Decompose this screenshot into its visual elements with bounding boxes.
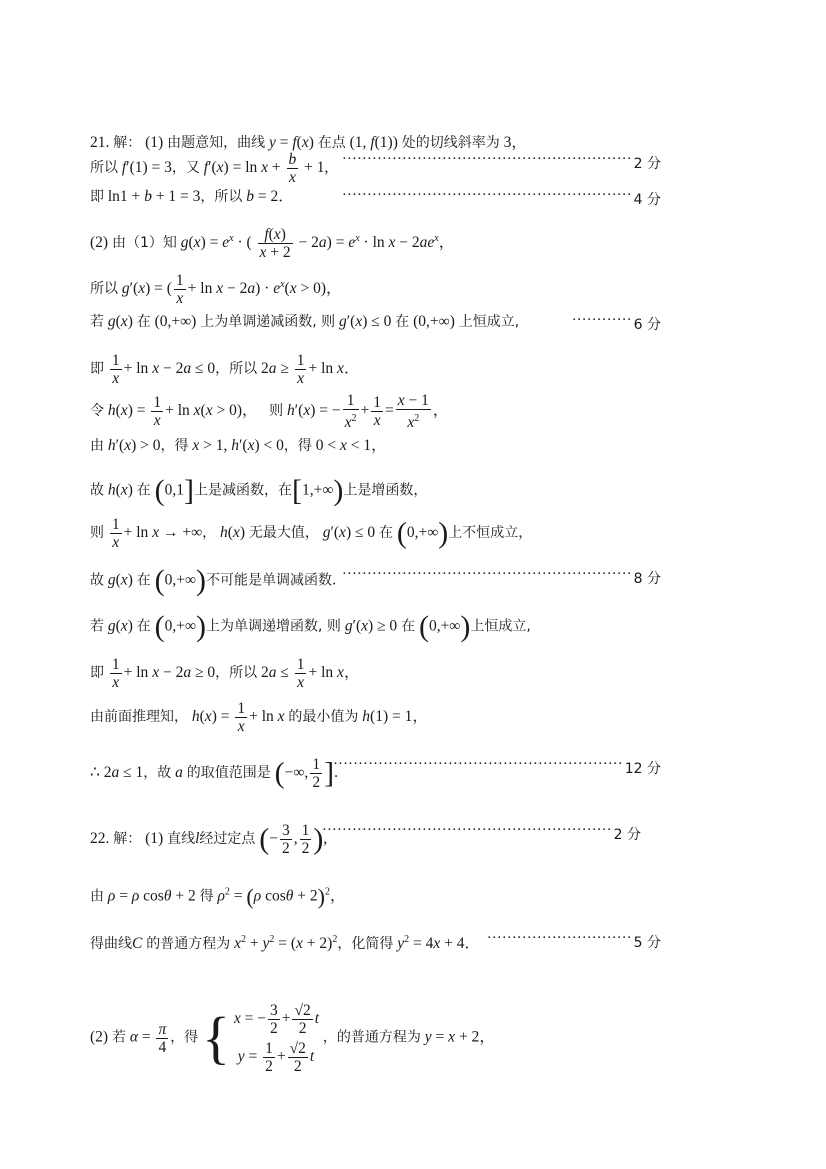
math: f xyxy=(204,159,208,176)
score-leader-4: ········································… xyxy=(342,187,661,209)
text: 在 xyxy=(137,619,151,635)
text: 无最大值， xyxy=(249,525,319,541)
problem-number: 22. xyxy=(90,830,109,847)
text: 得 xyxy=(200,889,214,905)
math: f xyxy=(292,134,296,151)
score-leader-12: ········································… xyxy=(333,756,661,778)
score-leader-22-5: ·····························5 分 xyxy=(487,930,661,952)
text: ， xyxy=(330,888,346,905)
score-leader-6: ············6 分 xyxy=(572,312,661,334)
text: 3， xyxy=(504,134,527,151)
fraction: 1x xyxy=(151,394,163,429)
p21-line-3: 即 ln1 + b + 1 = 3，所以 b = 2． xyxy=(90,187,294,207)
p21-line-1: 21. 解： (1) 由题意知，曲线 y = f(x) 在点 (1, f(1))… xyxy=(90,133,527,153)
text: 上恒成立, xyxy=(459,314,519,330)
text: 由题意知，曲线 xyxy=(167,135,265,151)
dot-leader: ········································… xyxy=(322,822,612,839)
text: 上为单调递减函数, 则 xyxy=(200,314,335,330)
p21-line-12: 故 g(x) 在 (0,+∞)不可能是单调减函数． xyxy=(90,566,346,596)
score: 8 分 xyxy=(634,571,661,587)
text: 在 xyxy=(395,314,409,330)
math: x xyxy=(261,159,268,176)
math: x xyxy=(217,159,224,176)
p21-line-6: 若 g(x) 在 (0,+∞) 上为单调递减函数, 则 g′(x) ≤ 0 在 … xyxy=(90,312,519,332)
text: ． xyxy=(464,935,480,952)
label: 解： xyxy=(113,135,141,151)
text: 直线 xyxy=(167,831,195,847)
fraction: 1x xyxy=(371,394,383,429)
text: 在 xyxy=(137,573,151,589)
math: b xyxy=(144,188,152,205)
text: 则 xyxy=(269,403,283,419)
text: 不可能是单调减函数． xyxy=(206,573,346,589)
part-label: (1) xyxy=(145,830,163,847)
text: 即 xyxy=(90,665,104,681)
text: 的最小值为 xyxy=(288,709,358,725)
text: 在 xyxy=(379,525,393,541)
p21-line-13: 若 g(x) 在 (0,+∞)上为单调递增函数, 则 g′(x) ≥ 0 在 (… xyxy=(90,612,531,642)
text: 若 xyxy=(90,314,104,330)
text: 上为单调递增函数, 则 xyxy=(206,619,341,635)
label: 解： xyxy=(113,831,141,847)
fraction: 1x xyxy=(295,656,307,691)
text: 在 xyxy=(137,483,151,499)
math: b xyxy=(246,188,254,205)
text: ， xyxy=(412,708,428,725)
equation-x: x = −32+√22t xyxy=(234,1000,319,1038)
score: 4 分 xyxy=(634,192,661,208)
score: 6 分 xyxy=(634,317,661,333)
fraction: 1x xyxy=(110,516,122,551)
p22-line-1: 22. 解： (1) 直线l经过定点 (−32,12), xyxy=(90,822,327,857)
text: ，所以 xyxy=(215,665,257,681)
dot-leader: ····························· xyxy=(487,930,632,947)
text: 的取值范围是 xyxy=(187,765,271,781)
text: 由 xyxy=(90,889,104,905)
part-label: (2) xyxy=(90,234,108,251)
p21-line-14: 即 1x+ ln x − 2a ≥ 0，所以 2a ≤ 1x+ ln x， xyxy=(90,656,359,691)
dot-leader: ········································… xyxy=(342,151,632,168)
text: ． xyxy=(278,188,294,205)
dot-leader: ········································… xyxy=(333,756,623,773)
text: 所以 xyxy=(90,281,118,297)
text: ，得 xyxy=(160,438,188,454)
fraction: 12 xyxy=(310,756,322,791)
text: 故 xyxy=(90,483,104,499)
text: 令 xyxy=(90,403,104,419)
p21-line-10: 故 h(x) 在 (0,1]上是减函数，在[1,+∞)上是增函数， xyxy=(90,476,427,506)
text: 得曲线 xyxy=(90,936,132,952)
text: ， xyxy=(202,525,216,541)
text: 故 xyxy=(90,573,104,589)
fraction: f(x)x + 2 xyxy=(258,226,293,261)
text: 由（1）知 xyxy=(112,235,177,251)
text: ，得 xyxy=(170,1030,198,1046)
p21-line-4: (2) 由（1）知 g(x) = ex · ( f(x)x + 2 − 2a) … xyxy=(90,226,454,261)
fraction: 32 xyxy=(280,822,292,857)
fraction: 1x xyxy=(235,700,247,735)
math: y xyxy=(269,134,276,151)
text: 上是减函数，在 xyxy=(194,483,292,499)
score: 2 分 xyxy=(634,156,661,172)
text: 若 xyxy=(112,1030,126,1046)
text: 由 xyxy=(90,438,104,454)
text: 在点 xyxy=(318,135,346,151)
text: 在 xyxy=(401,619,415,635)
p22-line-4: (2) 若 α = π4，得 { x = −32+√22t y = 12+√22… xyxy=(90,1000,495,1076)
text: 即 xyxy=(90,361,104,377)
text: 上恒成立, xyxy=(470,619,530,635)
equation-y: y = 12+√22t xyxy=(234,1038,319,1076)
text: 上是增函数， xyxy=(343,483,427,499)
score: 5 分 xyxy=(634,935,661,951)
text: 若 xyxy=(90,619,104,635)
fraction: 1x xyxy=(110,352,122,387)
fraction: 1x xyxy=(295,352,307,387)
text: 由前面推理知， xyxy=(90,709,188,725)
p21-line-9: 由 h′(x) > 0，得 x > 1, h′(x) < 0，得 0 < x <… xyxy=(90,436,387,456)
p21-line-7: 即 1x+ ln x − 2a ≤ 0，所以 2a ≥ 1x+ ln x． xyxy=(90,352,359,387)
fraction: x − 1x2 xyxy=(396,392,431,431)
math: f xyxy=(122,159,126,176)
text: 上不恒成立， xyxy=(448,525,532,541)
text: ， xyxy=(439,234,455,251)
brace: { xyxy=(202,1005,230,1070)
dot-leader: ········································… xyxy=(342,187,632,204)
score-leader-8: ········································… xyxy=(342,566,661,588)
p21-line-11: 则 1x+ ln x → +∞， h(x) 无最大值， g′(x) ≤ 0 在 … xyxy=(90,516,532,551)
text: ，又 xyxy=(172,160,200,176)
text: 则 xyxy=(90,525,104,541)
problem-number: 21. xyxy=(90,134,109,151)
fraction: bx xyxy=(287,151,299,186)
text: ， xyxy=(242,402,258,419)
fraction: 1x xyxy=(174,272,186,307)
text: ，所以 xyxy=(200,189,242,205)
score-leader-22-2: ········································… xyxy=(322,822,641,844)
p21-line-8: 令 h(x) = 1x+ ln x(x > 0)， 则 h′(x) = −1x2… xyxy=(90,392,448,431)
p21-line-15: 由前面推理知， h(x) = 1x+ ln x 的最小值为 h(1) = 1， xyxy=(90,700,428,735)
text: ，化简得 xyxy=(337,936,393,952)
text: ，故 xyxy=(143,765,171,781)
text: ， xyxy=(371,437,387,454)
text: 处的切线斜率为 xyxy=(402,135,500,151)
part-label: (2) xyxy=(90,1029,108,1046)
text: 所以 xyxy=(90,160,118,176)
p22-line-3: 得曲线C 的普通方程为 x2 + y2 = (x + 2)2，化简得 y2 = … xyxy=(90,930,480,954)
text: ，的普通方程为 xyxy=(323,1030,421,1046)
text: ，所以 xyxy=(215,361,257,377)
text: 经过定点 xyxy=(199,831,255,847)
text: ， xyxy=(326,280,342,297)
score: 12 分 xyxy=(625,761,661,777)
p21-line-5: 所以 g′(x) = (1x+ ln x − 2a) · ex(x > 0)， xyxy=(90,272,342,307)
document-page: 21. 解： (1) 由题意知，曲线 y = f(x) 在点 (1, f(1))… xyxy=(0,0,826,1169)
text: 即 xyxy=(90,189,104,205)
fraction: π4 xyxy=(156,1021,168,1056)
p22-line-2: 由 ρ = ρ cosθ + 2 得 ρ2 = (ρ cosθ + 2)2， xyxy=(90,882,345,912)
text: ，得 xyxy=(284,438,312,454)
math: f xyxy=(370,134,374,151)
p21-line-16: ∴ 2a ≤ 1，故 a 的取值范围是 (−∞,12]. xyxy=(90,756,338,791)
dot-leader: ········································… xyxy=(342,566,632,583)
p21-line-2: 所以 f′(1) = 3，又 f′(x) = ln x + bx + 1, xyxy=(90,151,328,186)
fraction: 1x xyxy=(110,656,122,691)
fraction: 12 xyxy=(300,822,312,857)
text: 在 xyxy=(137,314,151,330)
math: x xyxy=(302,134,309,151)
text: ， xyxy=(479,1029,495,1046)
text: ， xyxy=(433,402,449,419)
dot-leader: ············ xyxy=(572,312,632,329)
part-label: (1) xyxy=(145,134,163,151)
text: 的普通方程为 xyxy=(146,936,230,952)
text: ． xyxy=(344,360,360,377)
text: ， xyxy=(344,664,360,681)
fraction: 1x2 xyxy=(343,392,359,431)
score-leader-2: ········································… xyxy=(342,151,661,173)
equation-system: { x = −32+√22t y = 12+√22t xyxy=(202,1000,319,1076)
score: 2 分 xyxy=(614,827,641,843)
